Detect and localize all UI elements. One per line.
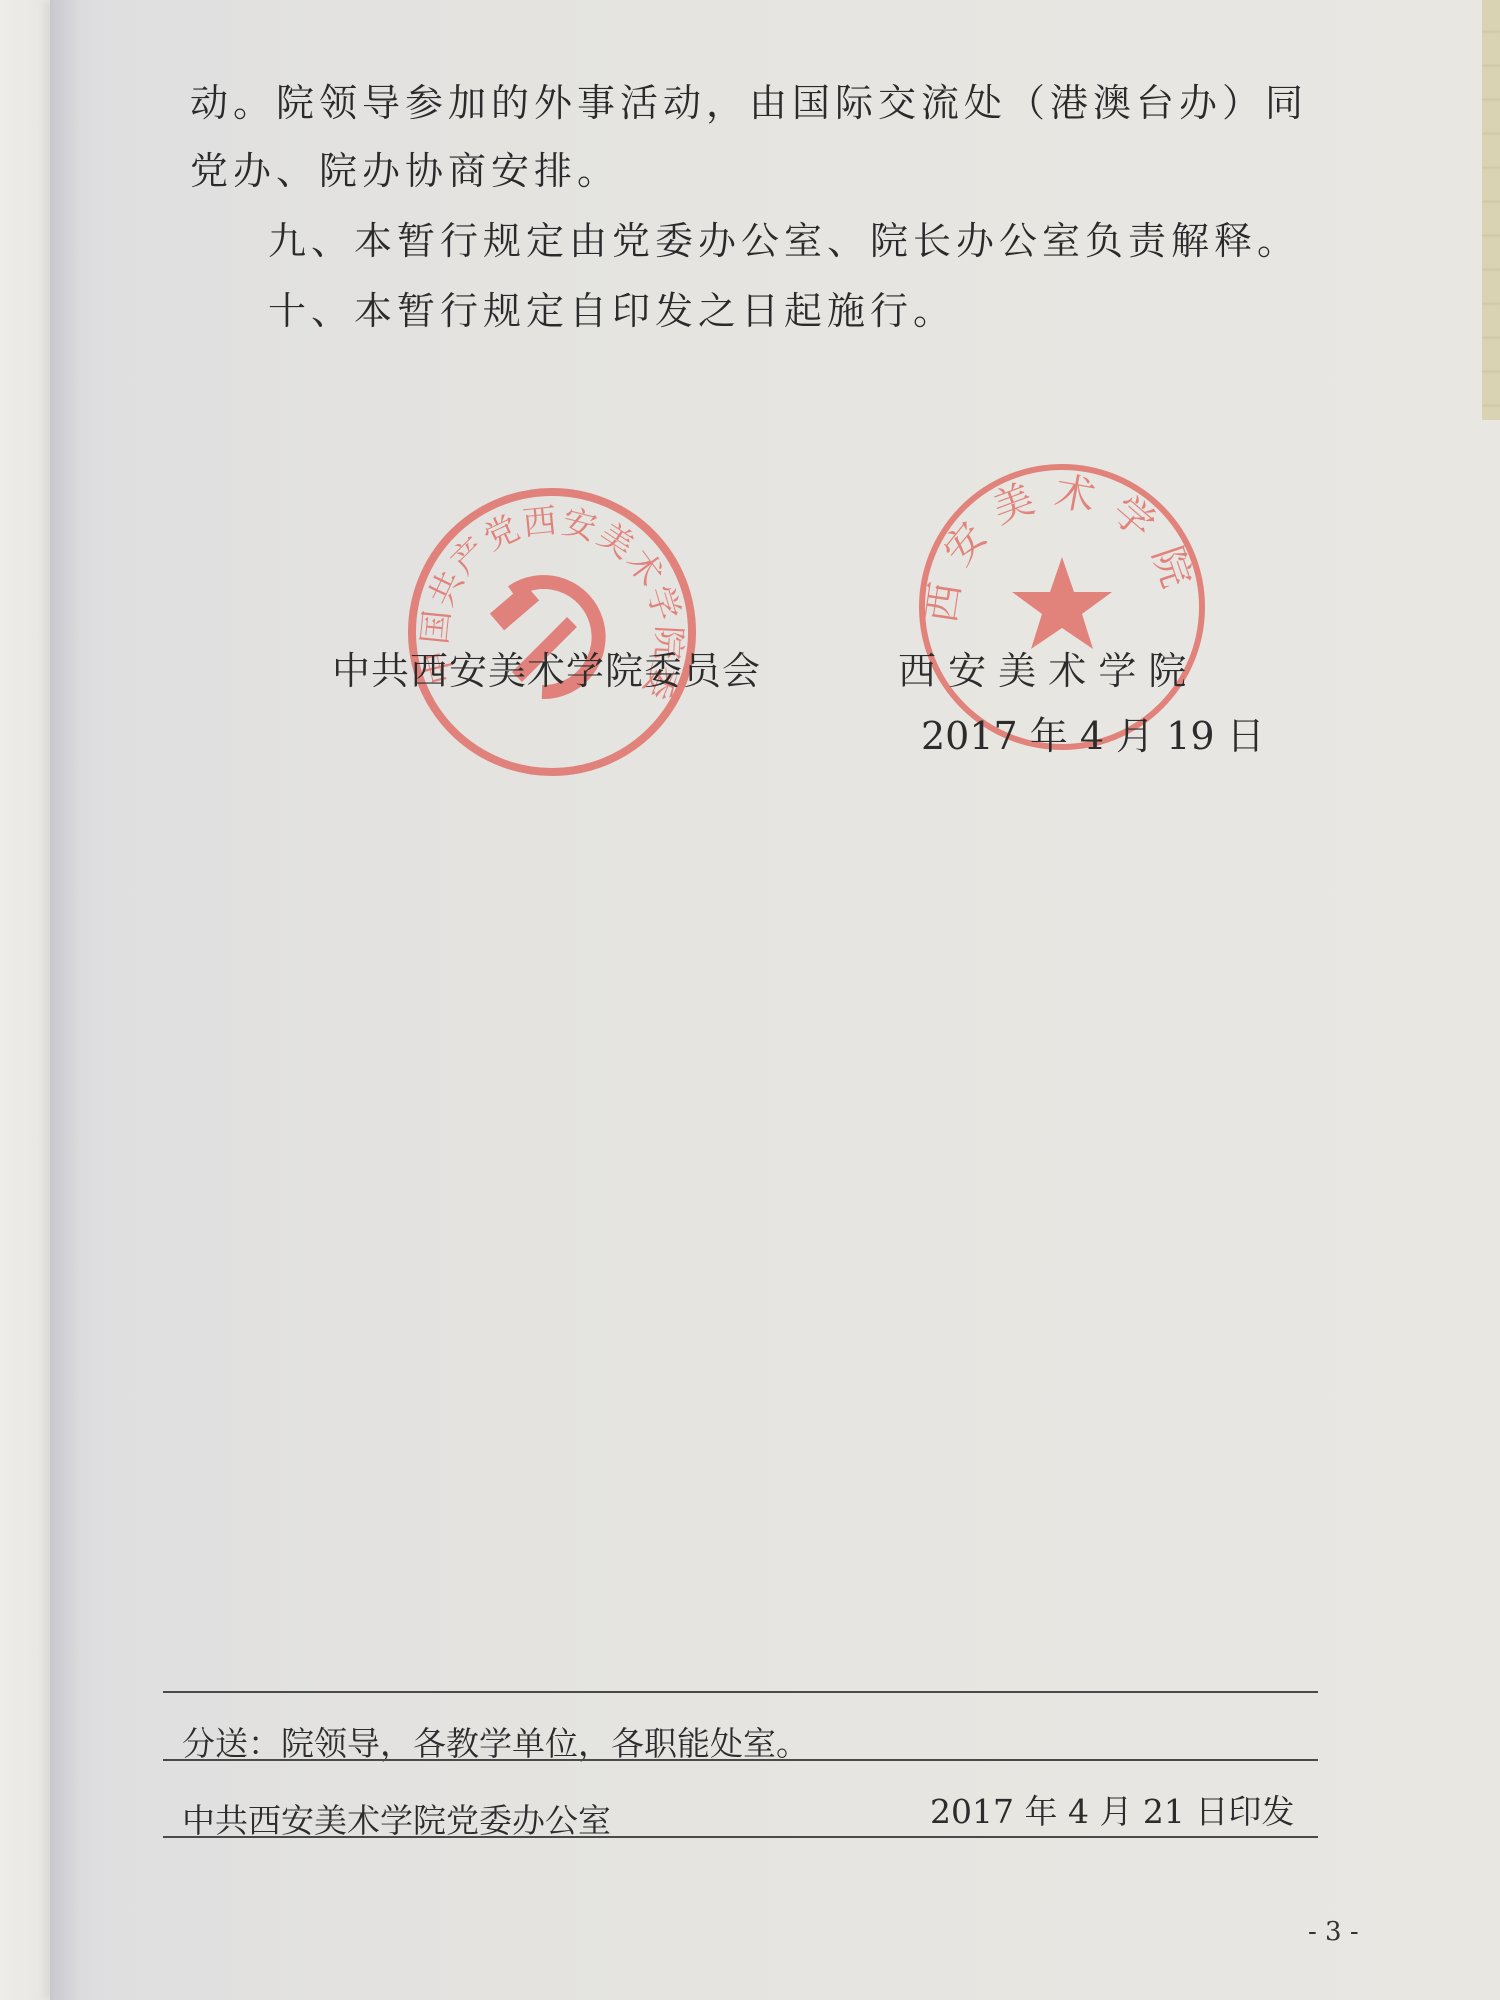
issuing-office: 中共西安美术学院党委办公室 [182, 1795, 611, 1842]
footer-rule-middle [163, 1759, 1318, 1761]
issue-date: 2017 年 4 月 21 日印发 [930, 1786, 1294, 1833]
party-committee-seal: 中国共产党西安美术学院委员会 [402, 482, 702, 782]
signatory-party-committee: 中共西安美术学院委员会 [332, 640, 761, 695]
body-line-1: 动。院领导参加的外事活动，由国际交流处（港澳台办）同 [190, 72, 1308, 127]
signature-date: 2017 年 4 月 19 日 [921, 705, 1265, 760]
body-line-2: 党办、院办协商安排。 [190, 140, 620, 195]
footer-rule-top [163, 1691, 1318, 1693]
clause-9: 九、本暂行规定由党委办公室、院长办公室负责解释。 [268, 210, 1300, 265]
page-number: - 3 - [1308, 1917, 1359, 1947]
distribution-list: 分送：院领导，各教学单位，各职能处室。 [182, 1718, 809, 1765]
signatory-academy: 西 安 美 术 学 院 [898, 640, 1186, 695]
footer-rule-bottom [163, 1836, 1318, 1838]
clause-10: 十、本暂行规定自印发之日起施行。 [268, 280, 956, 335]
document-page: 动。院领导参加的外事活动，由国际交流处（港澳台办）同 党办、院办协商安排。 九、… [50, 0, 1482, 2000]
star-icon [1012, 557, 1112, 649]
